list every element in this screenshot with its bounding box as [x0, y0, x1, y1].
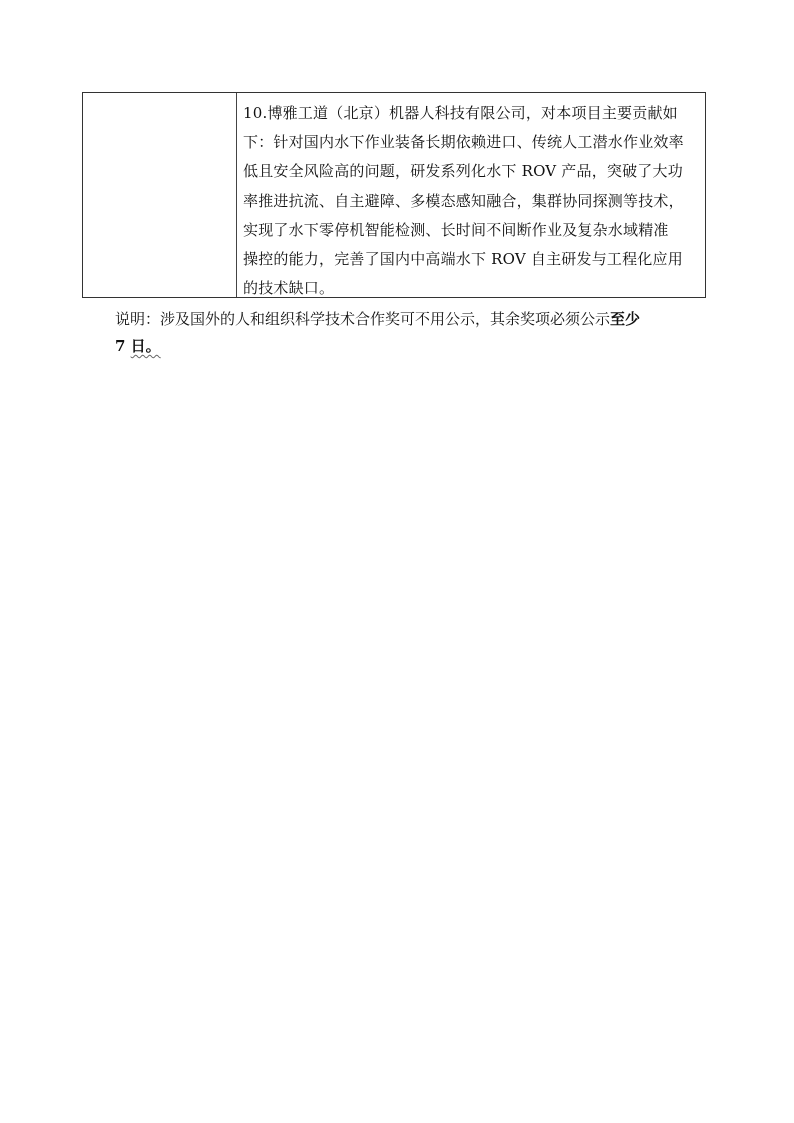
- contribution-description: 10.博雅工道（北京）机器人科技有限公司，对本项目主要贡献如 下：针对国内水下作…: [243, 99, 701, 303]
- note-line-1: 说明：涉及国外的人和组织科学技术合作奖可不用公示，其余奖项必须公示至少: [115, 306, 640, 333]
- text-line: 实现了水下零停机智能检测、长时间不间断作业及复杂水域精准: [243, 216, 701, 245]
- text-line: 率推进抗流、自主避障、多模态感知融合，集群协同探测等技术，: [243, 187, 701, 216]
- text-line: 低且安全风险高的问题，研发系列化水下 ROV 产品，突破了大功: [243, 157, 701, 186]
- text-line: 下：针对国内水下作业装备长期依赖进口、传统人工潜水作业效率: [243, 128, 701, 157]
- column-divider: [236, 93, 237, 297]
- text-line: 的技术缺口。: [243, 274, 701, 303]
- text-line: 10.博雅工道（北京）机器人科技有限公司，对本项目主要贡献如: [243, 99, 701, 128]
- note-days-unit: 日。: [131, 337, 161, 355]
- note-text: 说明：涉及国外的人和组织科学技术合作奖可不用公示，其余奖项必须公示: [115, 310, 610, 328]
- note-line-2: 7 日。: [115, 333, 640, 360]
- text-line: 操控的能力，完善了国内中高端水下 ROV 自主研发与工程化应用: [243, 245, 701, 274]
- contribution-table: 10.博雅工道（北京）机器人科技有限公司，对本项目主要贡献如 下：针对国内水下作…: [82, 92, 706, 298]
- explanation-note: 说明：涉及国外的人和组织科学技术合作奖可不用公示，其余奖项必须公示至少 7 日。: [115, 306, 640, 360]
- note-days-number: 7: [115, 337, 131, 355]
- note-emphasis: 至少: [610, 310, 640, 328]
